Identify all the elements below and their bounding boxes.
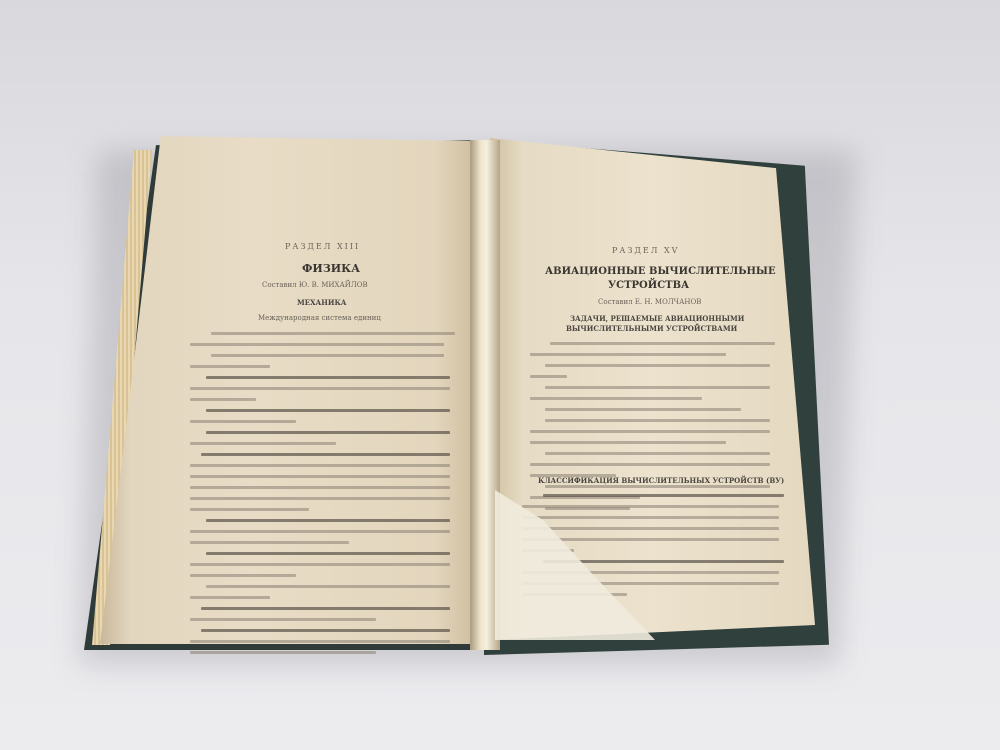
right-title-line2: УСТРОЙСТВА <box>608 280 689 291</box>
classification-heading: КЛАССИФИКАЦИЯ ВЫЧИСЛИТЕЛЬНЫХ УСТРОЙСТВ (… <box>538 476 784 485</box>
left-page-title: ФИЗИКА <box>302 262 360 275</box>
right-body-text <box>530 342 775 518</box>
left-subtitle: МЕХАНИКА <box>297 298 347 307</box>
right-section-label: РАЗДЕЛ XV <box>612 246 679 255</box>
left-subheading: Международная система единиц <box>258 314 381 322</box>
right-subheading-line1: ЗАДАЧИ, РЕШАЕМЫЕ АВИАЦИОННЫМИ <box>570 314 744 323</box>
left-section-label: РАЗДЕЛ XIII <box>285 242 360 251</box>
left-body-text <box>190 332 455 662</box>
left-author: Составил Ю. В. МИХАЙЛОВ <box>262 281 368 289</box>
right-title-line1: АВИАЦИОННЫЕ ВЫЧИСЛИТЕЛЬНЫЕ <box>545 266 776 277</box>
right-author: Составил Е. Н. МОЛЧАНОВ <box>598 298 701 306</box>
right-subheading-line2: ВЫЧИСЛИТЕЛЬНЫМИ УСТРОЙСТВАМИ <box>566 324 737 333</box>
